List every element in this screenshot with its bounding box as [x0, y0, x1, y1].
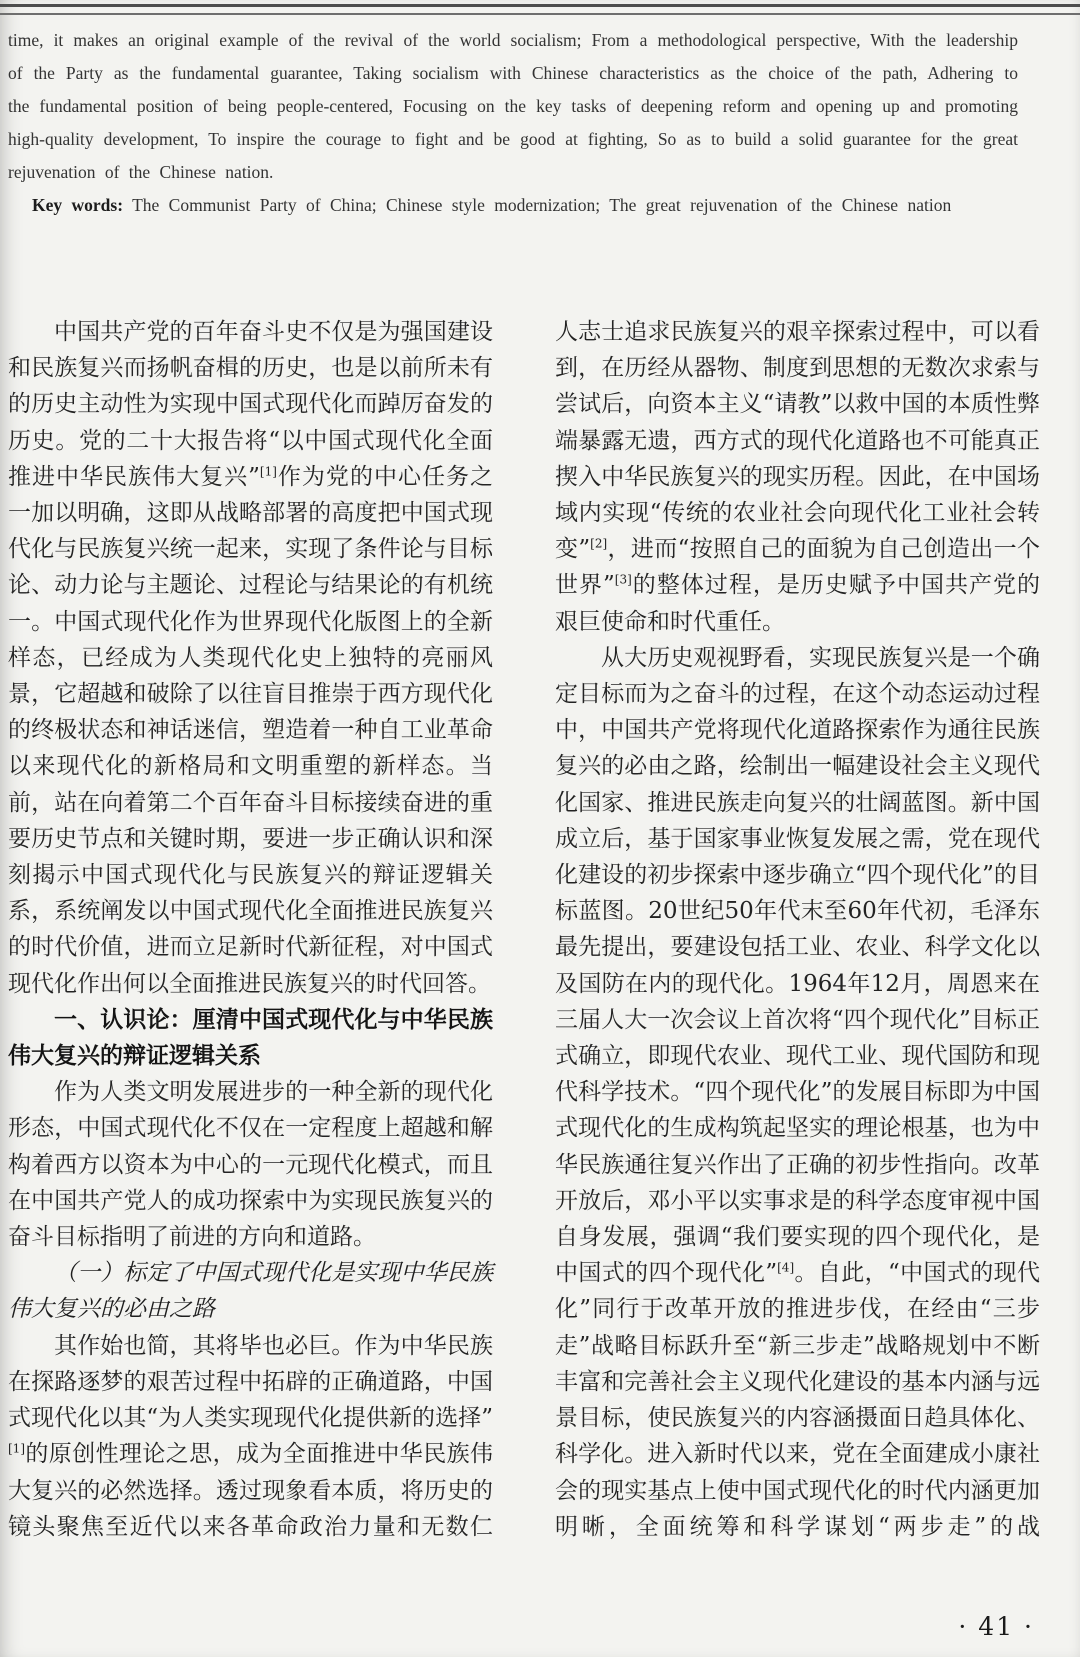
paragraph-intro: 中国共产党的百年奋斗史不仅是为强国建设和民族复兴而扬帆奋楫的历史，也是以前所未有… [8, 314, 493, 1002]
keywords-line: Key words: The Communist Party of China;… [8, 189, 1018, 222]
citation-ref-1b: [1] [8, 1442, 25, 1456]
keywords-text: The Communist Party of China; Chinese st… [123, 195, 951, 215]
paragraph-history-continued: 人志士追求民族复兴的艰辛探索过程中，可以看到，在历经从器物、制度到思想的无数次求… [555, 314, 1040, 640]
citation-ref-3: [3] [615, 573, 632, 587]
keywords-label: Key words: [32, 195, 123, 215]
right-column: 人志士追求民族复兴的艰辛探索过程中，可以看到，在历经从器物、制度到思想的无数次求… [555, 314, 1040, 1545]
paragraph-grand-history: 从大历史观视野看，实现民族复兴是一个确定目标而为之奋斗的过程，在这个动态运动过程… [555, 640, 1040, 1545]
journal-page: time, it makes an original example of th… [0, 0, 1080, 1657]
header-double-rule [0, 4, 1080, 15]
paragraph-text: 作为党的中心任务之一加以明确，这即从战略部署的高度把中国式现代化与民族复兴统一起… [8, 464, 493, 997]
article-body: 中国共产党的百年奋斗史不仅是为强国建设和民族复兴而扬帆奋楫的历史，也是以前所未有… [0, 314, 1080, 1545]
paragraph-text: 人志士追求民族复兴的艰辛探索过程中，可以看到，在历经从器物、制度到思想的无数次求… [555, 319, 1040, 562]
section-heading-1: 一、认识论：厘清中国式现代化与中华民族伟大复兴的辩证逻辑关系 [8, 1002, 493, 1074]
paragraph-necessary-path: 其作始也简，其将毕也必巨。作为中华民族在探路逐梦的艰苦过程中拓辟的正确道路，中国… [8, 1328, 493, 1545]
paragraph-text: 。自此，“中国式的现代化”同行于改革开放的推进步伐，在经由“三步走”战略目标跃升… [555, 1260, 1040, 1539]
citation-ref-2: [2] [590, 537, 607, 551]
left-column: 中国共产党的百年奋斗史不仅是为强国建设和民族复兴而扬帆奋楫的历史，也是以前所未有… [8, 314, 493, 1545]
paragraph-text: 的原创性理论之思，成为全面推进中华民族伟大复兴的必然选择。透过现象看本质，将历史… [8, 1441, 493, 1539]
paragraph-epistemology: 作为人类文明发展进步的一种全新的现代化形态，中国式现代化不仅在一定程度上超越和解… [8, 1074, 493, 1255]
abstract-text: time, it makes an original example of th… [8, 24, 1018, 189]
paragraph-text: 其作始也简，其将毕也必巨。作为中华民族在探路逐梦的艰苦过程中拓辟的正确道路，中国… [8, 1333, 493, 1431]
page-number: · 41 · [958, 1612, 1034, 1641]
subsection-heading-1-1: （一）标定了中国式现代化是实现中华民族伟大复兴的必由之路 [8, 1255, 493, 1327]
abstract-section: time, it makes an original example of th… [0, 0, 1080, 222]
citation-ref-1: [1] [260, 464, 277, 478]
citation-ref-4: [4] [777, 1261, 794, 1275]
paragraph-text: 从大历史观视野看，实现民族复兴是一个确定目标而为之奋斗的过程，在这个动态运动过程… [555, 645, 1040, 1286]
